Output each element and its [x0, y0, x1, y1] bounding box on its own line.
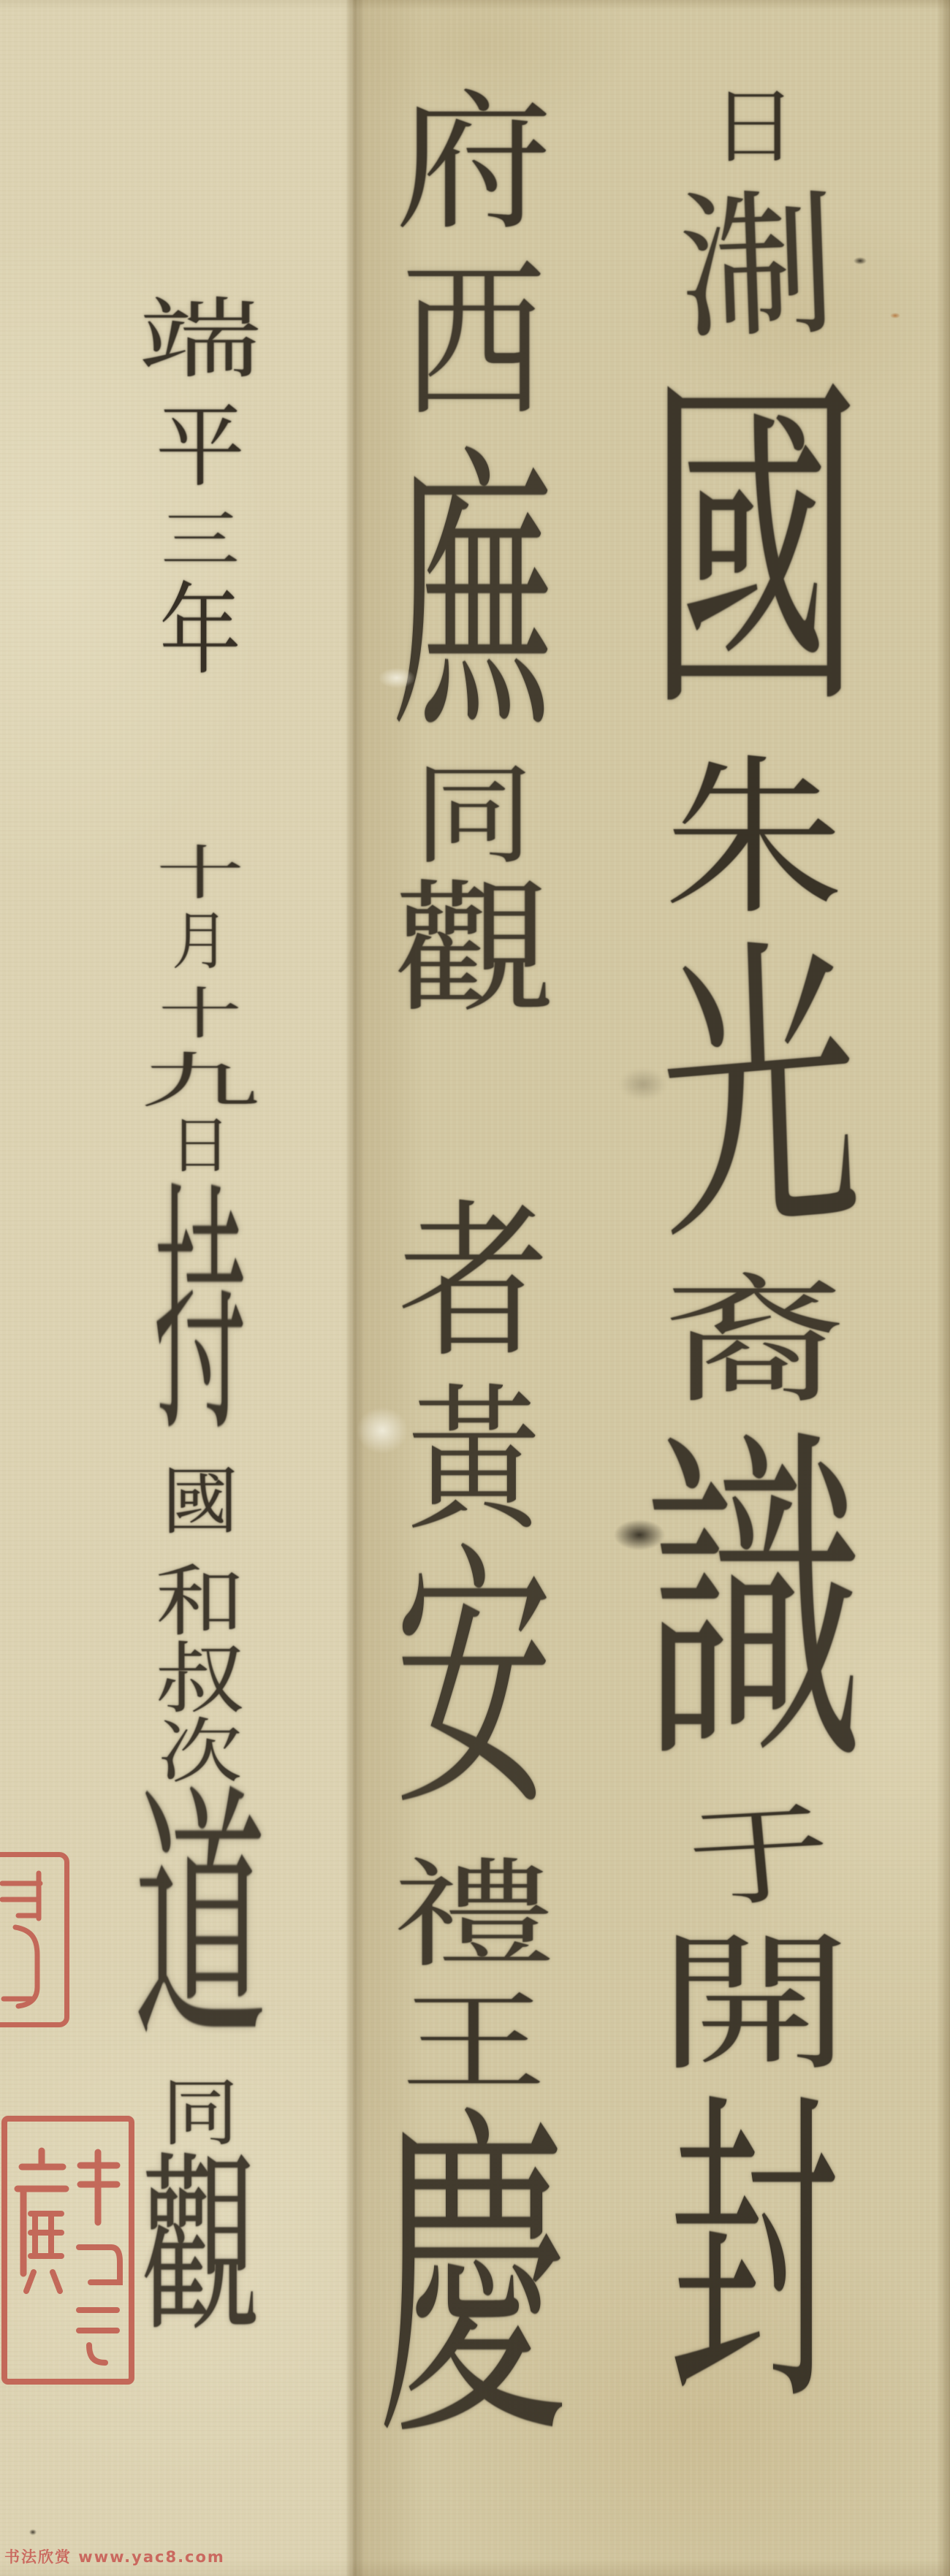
calligraphy-char: 慶 — [377, 2106, 570, 2457]
seal-bottom-glyphs — [7, 2122, 129, 2379]
calligraphy-char: 廡 — [391, 447, 555, 747]
calligraphy-char: 持 — [154, 1184, 246, 1449]
calligraphy-char: 安 — [395, 1543, 553, 1823]
calligraphy-char: 國 — [647, 376, 862, 728]
calligraphy-char: 者 — [398, 1200, 550, 1368]
calligraphy-char: 道 — [134, 1787, 267, 2058]
calligraphy-char: 和 — [156, 1563, 245, 1641]
seal-top-glyphs — [0, 1857, 64, 2022]
red-seal-top — [0, 1852, 69, 2027]
calligraphy-char: 黃 — [407, 1382, 541, 1539]
calligraphy-char: 日 — [711, 86, 797, 168]
calligraphy-char: 裔 — [663, 1273, 845, 1411]
calligraphy-char: 十 — [159, 986, 242, 1042]
calligraphy-char: 年 — [159, 582, 241, 681]
calligraphy-char: 封 — [669, 2091, 840, 2420]
calligraphy-char: 九 — [140, 1052, 260, 1112]
calligraphy-char: 三 — [161, 508, 240, 571]
calligraphy-char: 光 — [655, 931, 863, 1260]
calligraphy-char: 禮 — [392, 1857, 555, 1974]
calligraphy-char: 朱 — [665, 754, 844, 924]
calligraphy-char: 國 — [162, 1466, 239, 1539]
calligraphy-char: 同 — [414, 761, 534, 871]
calligraphy-char: 端 — [139, 297, 262, 384]
calligraphy-char: 平 — [156, 403, 245, 492]
calligraphy-char: 淛 — [676, 186, 838, 348]
calligraphy-char: 十 — [156, 845, 244, 903]
red-seal-bottom — [1, 2116, 134, 2385]
calligraphy-char: 月 — [172, 910, 228, 973]
website-watermark: 书法欣赏 www.yac8.com — [4, 2545, 225, 2567]
calligraphy-char: 觀 — [392, 878, 555, 1021]
calligraphy-scroll-photo: 日淛國朱光裔識于開封府西廡同觀者黃安禮王慶端平三年十月十九日持國和叔次道同觀 书… — [0, 0, 950, 2576]
calligraphy-char: 西 — [401, 257, 546, 428]
calligraphy-char: 觀 — [140, 2152, 261, 2344]
calligraphy-char: 府 — [395, 89, 552, 239]
calligraphy-char: 開 — [657, 1930, 852, 2080]
calligraphy-char: 于 — [683, 1799, 835, 1914]
calligraphy-char: 叔 — [156, 1641, 245, 1718]
calligraphy-char: 識 — [645, 1430, 864, 1781]
